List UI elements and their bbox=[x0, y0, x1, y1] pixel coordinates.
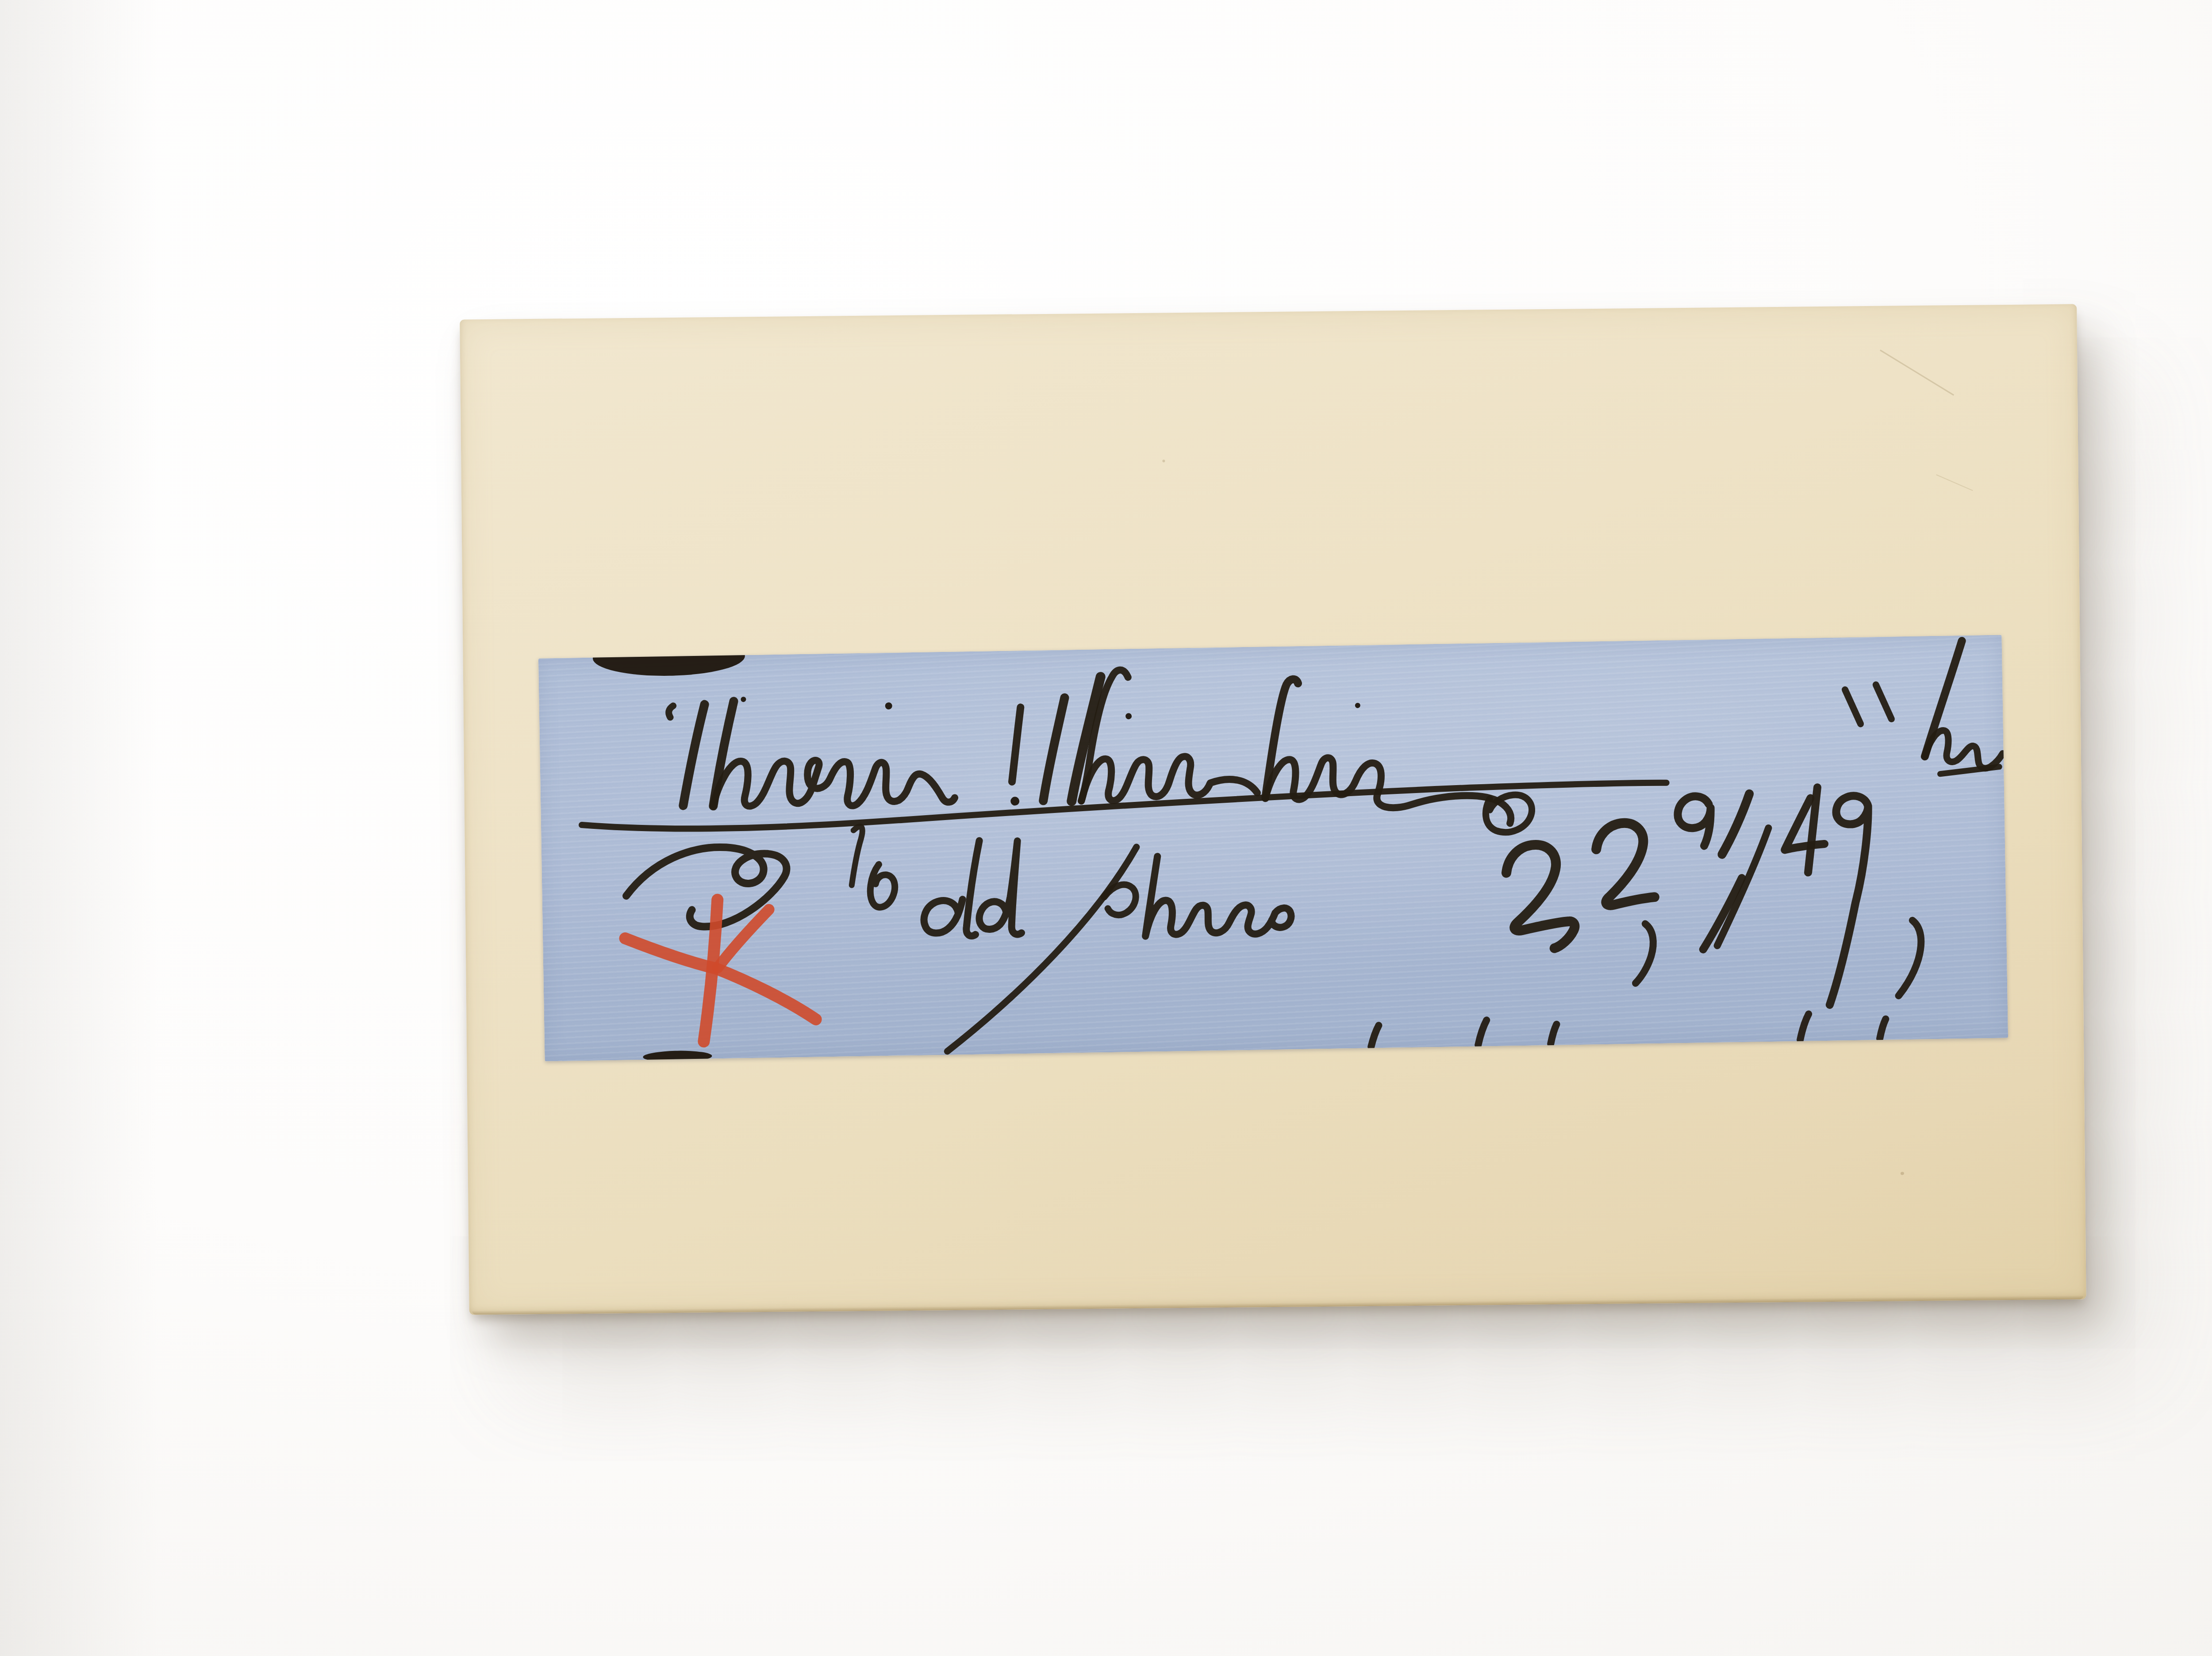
ink-fleck bbox=[741, 697, 746, 702]
paper-scratch bbox=[1936, 474, 1973, 491]
paper-speck bbox=[1162, 460, 1165, 462]
blue-label-strip bbox=[538, 635, 2008, 1062]
photo-background bbox=[0, 0, 2212, 1656]
quote-tick bbox=[1876, 685, 1891, 720]
handwriting-svg bbox=[538, 635, 2008, 1062]
comma-stroke bbox=[1635, 924, 1654, 983]
comma-stroke bbox=[1897, 920, 1922, 996]
quote-tick bbox=[1845, 690, 1860, 724]
hyphen-stroke bbox=[1940, 767, 1999, 774]
paper-scratch bbox=[1880, 349, 1954, 395]
red-asterisk-mark bbox=[625, 898, 816, 1043]
paper-speck bbox=[1901, 1172, 1904, 1175]
